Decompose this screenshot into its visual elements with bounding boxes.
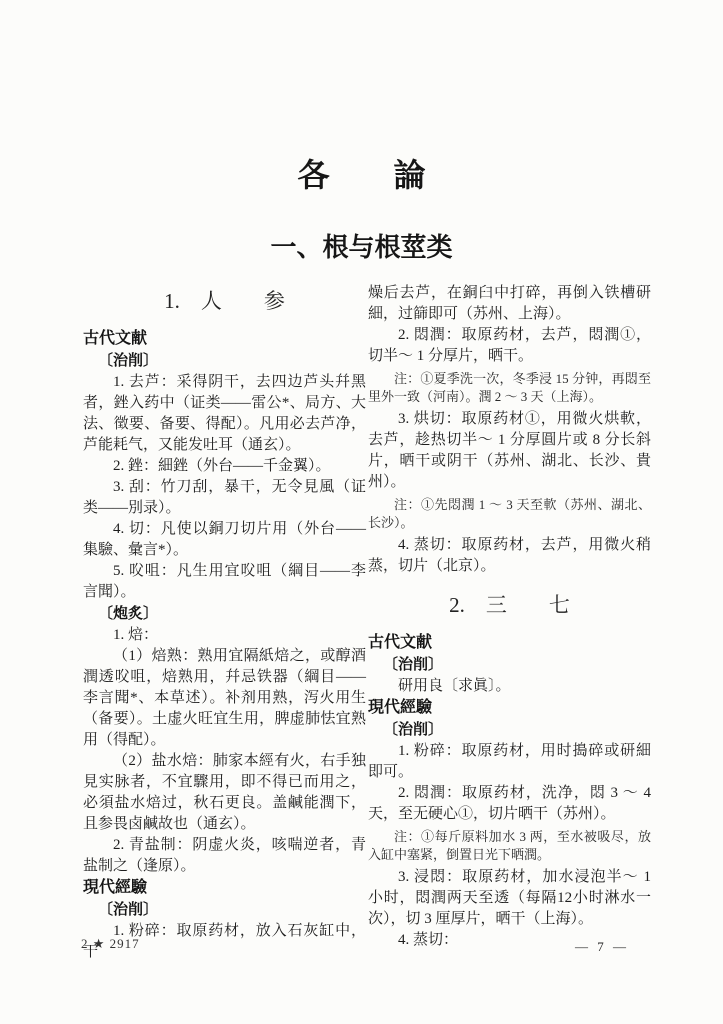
paragraph: 2. 悶潤：取原药材，去芦，悶潤①，切半～ 1 分厚片，晒干。 xyxy=(368,325,651,367)
right-column: 燥后去芦，在銅臼中打碎，再倒入铁槽研細，过篩即可（苏州、上海）。 2. 悶潤：取… xyxy=(368,283,651,951)
section-heading: 古代文献 xyxy=(83,328,366,350)
paragraph: 3. 浸悶：取原药材，加水浸泡半～ 1 小时，悶潤两天至透（每隔12小时淋水一次… xyxy=(368,867,651,930)
paragraph: 2. 悶潤：取原药材，洗净，悶 3 ～ 4 天，至无硬心①，切片晒干（苏州）。 xyxy=(368,783,651,825)
paragraph: 5. 㕮咀：凡生用宜㕮咀（綱目——李言聞）。 xyxy=(83,561,366,603)
subsection-heading: 〔炮炙〕 xyxy=(83,603,366,625)
note: 注：①夏季洗一次，冬季浸 15 分钟，再悶至里外一致（河南）。潤 2 ～ 3 天… xyxy=(368,370,651,406)
note: 注：①先悶潤 1 ～ 3 天至軟（苏州、湖北、长沙）。 xyxy=(368,496,651,532)
paragraph-continuation: 燥后去芦，在銅臼中打碎，再倒入铁槽研細，过篩即可（苏州、上海）。 xyxy=(368,283,651,325)
paragraph: 3. 烘切：取原药材①，用微火烘軟，去芦，趁热切半～ 1 分厚圓片或 8 分长斜… xyxy=(368,409,651,493)
subsection-heading: 〔治削〕 xyxy=(83,350,366,372)
paragraph: 2. 銼：細銼（外台——千金翼）。 xyxy=(83,456,366,477)
left-column: 1. 人 参 古代文献 〔治削〕 1. 去芦：采得阴干，去四边芦头幷黑者，銼入药… xyxy=(83,287,366,963)
article-title-renshen: 1. 人 参 xyxy=(83,288,366,315)
paragraph: 3. 刮：竹刀刮，暴干，无令見風（证类——別录）。 xyxy=(83,477,366,519)
main-title: 各 論 xyxy=(0,155,723,195)
paragraph: （2）盐水焙：肺家本經有火，右手独見实脉者，不宜驟用，即不得已而用之，必須盐水焙… xyxy=(83,751,366,835)
article-title-sanqi: 2. 三 七 xyxy=(368,592,651,619)
paragraph: 4. 切：凡使以銅刀切片用（外台——集驗、彙言*）。 xyxy=(83,519,366,561)
section-heading: 現代經驗 xyxy=(83,877,366,899)
paragraph: 研用良〔求眞〕。 xyxy=(368,676,651,697)
paragraph: （1）焙熟：熟用宜隔紙焙之，或醇酒潤透㕮咀，焙熟用，幷忌铁器（綱目——李言聞*、… xyxy=(83,646,366,751)
subsection-heading: 〔治削〕 xyxy=(368,719,651,741)
subsection-heading: 〔治削〕 xyxy=(368,654,651,676)
print-run-id: 2 ★ 2917 xyxy=(81,936,140,952)
paragraph: 1. 粉碎：取原药材，用时搗碎或研細即可。 xyxy=(368,741,651,783)
note: 注：①每斤原料加水 3 两，至水被吸尽，放入缸中塞紧，倒置日光下晒潤。 xyxy=(368,828,651,864)
section-heading: 古代文献 xyxy=(368,632,651,654)
subsection-heading: 〔治削〕 xyxy=(83,899,366,921)
paragraph: 2. 青盐制：阴虚火炎，咳喘逆者，青盐制之（逢原）。 xyxy=(83,835,366,877)
section-title: 一、根与根莖类 xyxy=(0,230,723,264)
page-number: — 7 — xyxy=(575,939,629,955)
paragraph: 1. 去芦：采得阴干，去四边芦头幷黑者，銼入药中（证类——雷公*、局方、大法、徵… xyxy=(83,372,366,456)
paragraph: 1. 焙： xyxy=(83,625,366,646)
section-heading: 現代經驗 xyxy=(368,697,651,719)
paragraph: 4. 蒸切：取原药材，去芦，用微火稍蒸，切片（北京）。 xyxy=(368,535,651,577)
